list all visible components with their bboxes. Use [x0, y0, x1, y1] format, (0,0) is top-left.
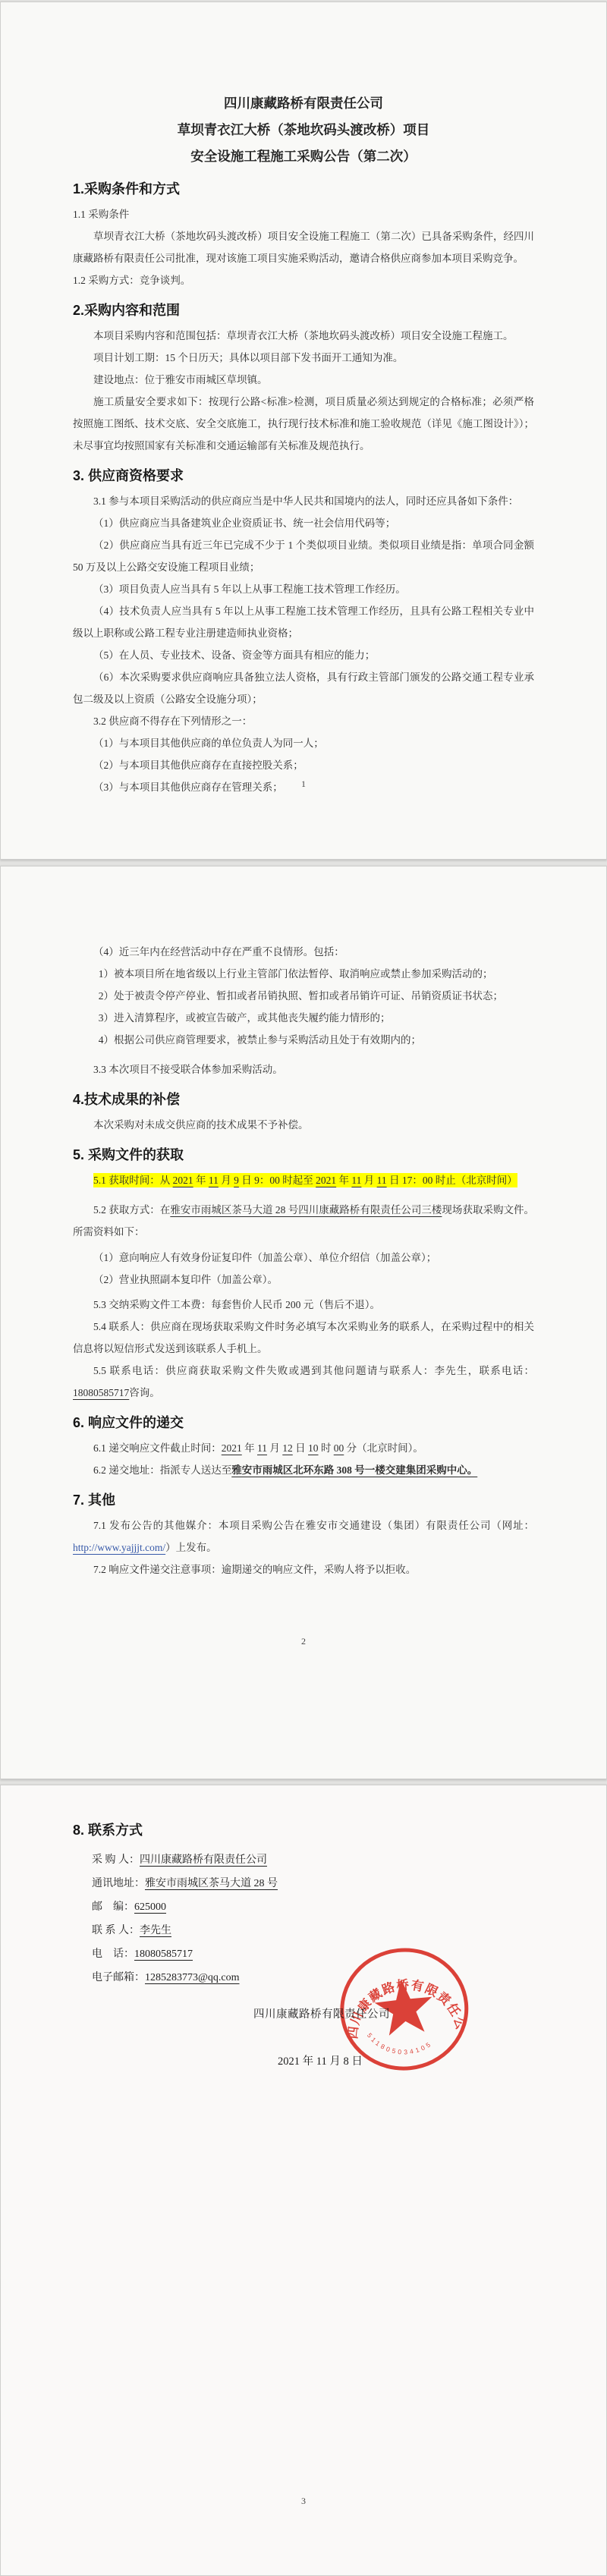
clause-5-2-item-1: （1）意向响应人有效身份证复印件（加盖公章）、单位介绍信（加盖公章）； — [73, 1247, 534, 1269]
text-segment: 11 — [351, 1175, 361, 1186]
contact-address-value: 雅安市雨城区茶马大道 28 号 — [145, 1878, 278, 1889]
section-7-heading: 7. 其他 — [73, 1488, 534, 1512]
contact-postcode: 邮 编：625000 — [92, 1895, 534, 1919]
section-2-paragraph-location: 建设地点：位于雅安市雨城区草坝镇。 — [73, 369, 534, 391]
clause-6-2: 6.2 递交地址：指派专人送达至雅安市雨城区北环东路 308 号一楼交建集团采购… — [73, 1459, 534, 1481]
document-title-line-1: 四川康藏路桥有限责任公司 — [73, 90, 534, 117]
text-segment: 雅安市雨城区茶马大道 28 号四川康藏路桥有限责任公司三楼 — [170, 1204, 442, 1216]
text-segment: 雅安市雨城区北环东路 308 号一楼交建集团采购中心。 — [231, 1464, 477, 1476]
clause-5-2: 5.2 获取方式：在雅安市雨城区茶马大道 28 号四川康藏路桥有限责任公司三楼现… — [73, 1199, 534, 1243]
page-2: （4）近三年内在经营活动中存在严重不良情形。包括： 1）被本项目所在地省级以上行… — [0, 866, 607, 1779]
text-segment: 日 9：00 时起至 — [239, 1175, 316, 1186]
section-6-heading: 6. 响应文件的递交 — [73, 1411, 534, 1435]
clause-1-2: 1.2 采购方式：竞争谈判。 — [73, 269, 534, 291]
contact-email-label: 电子邮箱： — [92, 1972, 145, 1983]
document-title: 四川康藏路桥有限责任公司 草坝青衣江大桥（茶地坎码头渡改桥）项目 安全设施工程施… — [73, 90, 534, 170]
text-segment: 日 17：00 时止（北京时间） — [387, 1175, 517, 1186]
page-1: 四川康藏路桥有限责任公司 草坝青衣江大桥（茶地坎码头渡改桥）项目 安全设施工程施… — [0, 2, 607, 860]
text-segment: 2021 — [173, 1175, 193, 1186]
clause-3-3: 3.3 本次项目不接受联合体参加采购活动。 — [73, 1058, 534, 1080]
highlight-marker: 5.1 获取时间：从 2021 年 11 月 9 日 9：00 时起至 2021… — [93, 1173, 517, 1187]
text-segment: 分（北京时间）。 — [344, 1442, 423, 1454]
text-segment: 5.2 获取方式：在 — [93, 1204, 170, 1216]
clause-3-2-item-4-sub-4: 4）根据公司供应商管理要求，被禁止参与采购活动且处于有效期内的； — [73, 1029, 534, 1051]
text-segment: 6.2 递交地址：指派专人送达至 — [93, 1464, 231, 1476]
section-2-paragraph-duration: 项目计划工期：15 个日历天；具体以项目部下发书面开工通知为准。 — [73, 347, 534, 369]
text-segment: 11 — [377, 1175, 387, 1186]
text-segment: 月 — [219, 1175, 234, 1186]
text-segment: 11 — [257, 1442, 267, 1454]
section-2-paragraph-quality: 施工质量安全要求如下：按现行公路<标准>检测，项目质量必须达到规定的合格标准；必… — [73, 391, 534, 457]
clause-1-1: 1.1 采购条件 — [73, 203, 534, 225]
clause-3-1-item-3: （3）项目负责人应当具有 5 年以上从事工程施工技术管理工作经历。 — [73, 578, 534, 600]
text-segment: 7.1 发布公告的其他媒介：本项目采购公告在雅安市交通建设（集团）有限责任公司（… — [93, 1520, 534, 1531]
clause-3-2-item-4-sub-3: 3）进入清算程序，或被宣告破产，或其他丧失履约能力情形的； — [73, 1007, 534, 1029]
announcement-url-link[interactable]: http://www.yajjjt.com/ — [73, 1542, 165, 1553]
text-segment: 时 — [319, 1442, 334, 1454]
contact-postcode-label: 邮 编： — [92, 1901, 134, 1913]
text-segment: 6.1 递交响应文件截止时间： — [93, 1442, 222, 1454]
text-segment: 5.1 获取时间：从 — [93, 1175, 173, 1186]
clause-7-1: 7.1 发布公告的其他媒介：本项目采购公告在雅安市交通建设（集团）有限责任公司（… — [73, 1514, 534, 1558]
section-4-paragraph: 本次采购对未成交供应商的技术成果不予补偿。 — [73, 1114, 534, 1136]
page-3: 8. 联系方式 采 购 人：四川康藏路桥有限责任公司 通讯地址：雅安市雨城区茶马… — [0, 1785, 607, 2576]
section-8-heading: 8. 联系方式 — [73, 1818, 534, 1842]
text-segment: 年 — [336, 1175, 351, 1186]
section-2-heading: 2.采购内容和范围 — [73, 298, 534, 322]
signature-company-name: 四川康藏路桥有限责任公司 — [253, 2005, 405, 2021]
contact-email-value: 1285283773@qq.com — [145, 1972, 240, 1983]
text-segment: 年 — [193, 1175, 209, 1186]
contact-phone-value: 18080585717 — [134, 1949, 193, 1960]
text-segment: 18080585717 — [73, 1387, 129, 1398]
signature-date: 2021 年 11 月 8 日 — [278, 2052, 363, 2068]
document-title-line-3: 安全设施工程施工采购公告（第二次） — [73, 143, 534, 170]
section-2-paragraph-scope: 本项目采购内容和范围包括：草坝青衣江大桥（茶地坎码头渡改桥）项目安全设施工程施工… — [73, 325, 534, 347]
section-4-heading: 4.技术成果的补偿 — [73, 1087, 534, 1112]
scanned-procurement-announcement: { "colors": { "highlight": "#ffff00", "s… — [0, 0, 607, 2576]
clause-3-2-item-4: （4）近三年内在经营活动中存在严重不良情形。包括： — [73, 941, 534, 963]
clause-3-2-item-4-sub-1: 1）被本项目所在地省级以上行业主管部门依法暂停、取消响应或禁止参加采购活动的； — [73, 963, 534, 985]
clause-3-2: 3.2 供应商不得存在下列情形之一： — [73, 710, 534, 732]
clause-3-1-item-6: （6）本次采购要求供应商响应具备独立法人资格，具有行政主管部门颁发的公路交通工程… — [73, 666, 534, 710]
text-segment: 2021 — [222, 1442, 242, 1454]
section-1-heading: 1.采购条件和方式 — [73, 177, 534, 201]
section-3-heading: 3. 供应商资格要求 — [73, 464, 534, 488]
contact-purchaser-value: 四川康藏路桥有限责任公司 — [140, 1854, 267, 1866]
clause-6-1: 6.1 递交响应文件截止时间：2021 年 11 月 12 日 10 时 00 … — [73, 1437, 534, 1459]
clause-5-2-item-2: （2）营业执照副本复印件（加盖公章）。 — [73, 1269, 534, 1291]
seal-number: 511805034105 — [365, 2025, 435, 2060]
contact-person-value: 李先生 — [140, 1925, 171, 1936]
contact-postcode-value: 625000 — [134, 1901, 166, 1913]
clause-5-3: 5.3 交纳采购文件工本费：每套售价人民币 200 元（售后不退）。 — [73, 1294, 534, 1316]
text-segment: 00 — [334, 1442, 344, 1454]
contact-address-label: 通讯地址： — [92, 1878, 145, 1889]
clause-5-5: 5.5 联系电话：供应商获取采购文件失败或遇到其他问题请与联系人：李先生，联系电… — [73, 1360, 534, 1404]
page-number-2: 2 — [1, 1636, 606, 1647]
text-segment: ）上发布。 — [165, 1542, 217, 1553]
contact-address: 通讯地址：雅安市雨城区茶马大道 28 号 — [92, 1872, 534, 1895]
contact-phone-label: 电 话： — [92, 1949, 134, 1960]
clause-3-1-item-2: （2）供应商应当具有近三年已完成不少于 1 个类似项目业绩。类似项目业绩是指：单… — [73, 534, 534, 578]
text-segment: 2021 — [316, 1175, 336, 1186]
clause-3-2-item-2: （2）与本项目其他供应商存在直接控股关系； — [73, 754, 534, 776]
clause-3-2-item-1: （1）与本项目其他供应商的单位负责人为同一人； — [73, 732, 534, 754]
clause-3-1-item-1: （1）供应商应当具备建筑业企业资质证书、统一社会信用代码等； — [73, 512, 534, 534]
contact-person-label: 联 系 人： — [92, 1925, 140, 1936]
text-segment: 9 — [234, 1175, 239, 1186]
page-number-1: 1 — [1, 778, 606, 790]
text-segment: 月 — [267, 1442, 282, 1454]
contact-purchaser-label: 采 购 人： — [92, 1854, 140, 1866]
text-segment: 11 — [209, 1175, 219, 1186]
document-title-line-2: 草坝青衣江大桥（茶地坎码头渡改桥）项目 — [73, 117, 534, 143]
text-segment: 日 — [293, 1442, 308, 1454]
clause-5-4: 5.4 联系人：供应商在现场获取采购文件时务必填写本次采购业务的联系人，在采购过… — [73, 1316, 534, 1360]
text-segment: 月 — [361, 1175, 376, 1186]
text-segment: 年 — [242, 1442, 257, 1454]
clause-3-2-item-4-sub-2: 2）处于被责令停产停业、暂扣或者吊销执照、暂扣或者吊销许可证、吊销资质证书状态； — [73, 985, 534, 1007]
clause-1-1-paragraph: 草坝青衣江大桥（茶地坎码头渡改桥）项目安全设施工程施工（第二次）已具备采购条件，… — [73, 225, 534, 269]
clause-7-2: 7.2 响应文件递交注意事项：逾期递交的响应文件，采购人将予以拒收。 — [73, 1558, 534, 1581]
text-segment: 12 — [282, 1442, 293, 1454]
clause-3-1: 3.1 参与本项目采购活动的供应商应当是中华人民共和国境内的法人，同时还应具备如… — [73, 490, 534, 512]
section-5-heading: 5. 采购文件的获取 — [73, 1143, 534, 1167]
text-segment: 咨询。 — [129, 1387, 160, 1398]
contact-purchaser: 采 购 人：四川康藏路桥有限责任公司 — [92, 1848, 534, 1872]
text-segment: 10 — [308, 1442, 319, 1454]
clause-5-1-highlighted: 5.1 获取时间：从 2021 年 11 月 9 日 9：00 时起至 2021… — [73, 1169, 534, 1191]
clause-3-1-item-5: （5）在人员、专业技术、设备、资金等方面具有相应的能力； — [73, 644, 534, 666]
clause-3-1-item-4: （4）技术负责人应当具有 5 年以上从事工程施工技术管理工作经历，且具有公路工程… — [73, 600, 534, 644]
page-number-3: 3 — [1, 2496, 606, 2507]
text-segment: 5.5 联系电话：供应商获取采购文件失败或遇到其他问题请与联系人：李先生，联系电… — [93, 1365, 534, 1376]
